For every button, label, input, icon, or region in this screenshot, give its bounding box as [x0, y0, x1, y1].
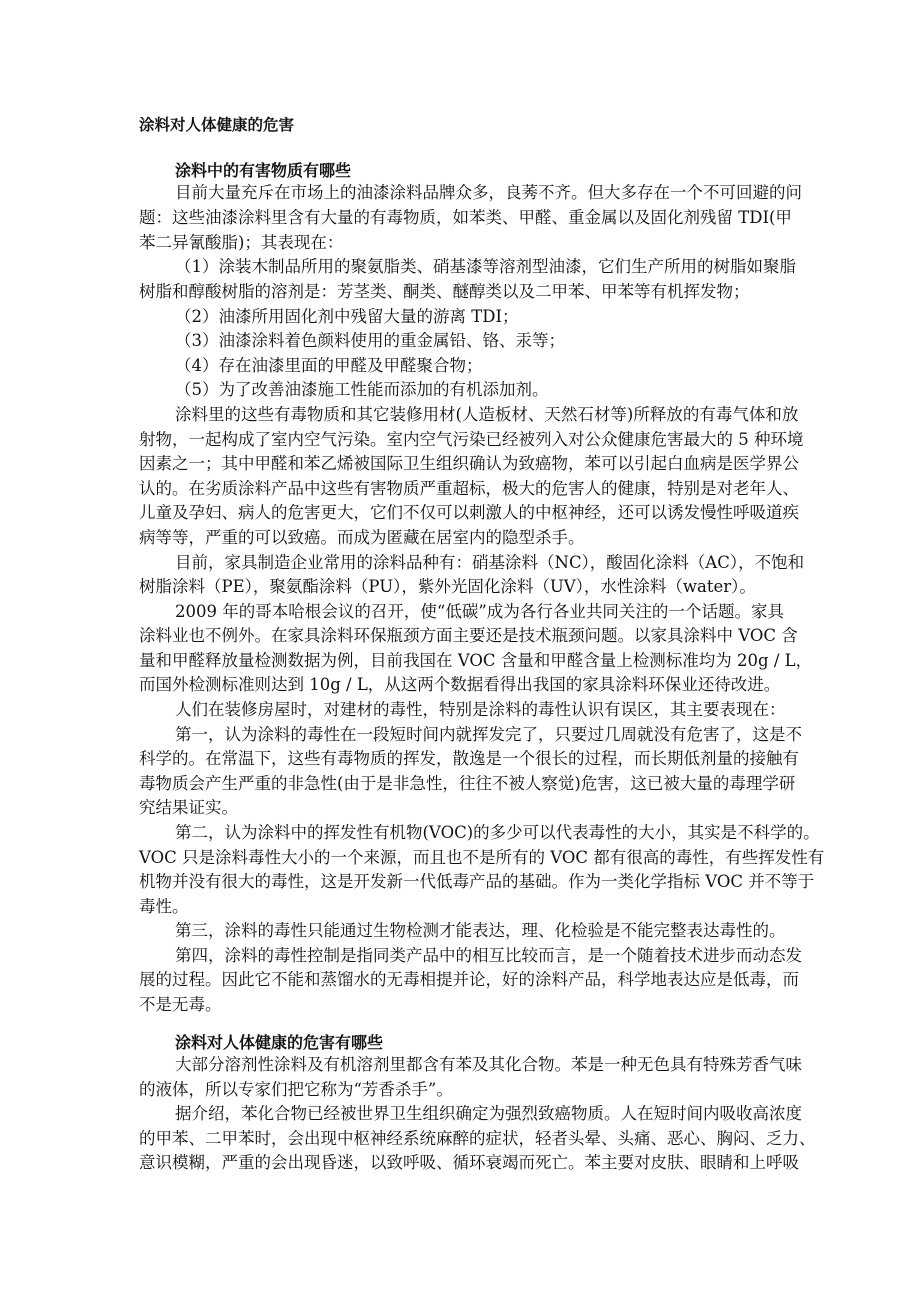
- paragraph-line: VOC 只是涂料毒性大小的一个来源，而且也不是所有的 VOC 都有很高的毒性，有…: [139, 846, 784, 870]
- paragraph-line: 2009 年的哥本哈根会议的召开，使“低碳”成为各行各业共同关注的一个话题。家具: [175, 600, 784, 624]
- paragraph-line: 题：这些油漆涂料里含有大量的有毒物质，如苯类、甲醛、重金属以及固化剂残留 TDI…: [139, 206, 784, 230]
- paragraph-line: 射物，一起构成了室内空气污染。室内空气污染已经被列入对公众健康危害最大的 5 种…: [139, 428, 784, 452]
- paragraph-line: 据介绍，苯化合物已经被世界卫生组织确定为强烈致癌物质。人在短时间内吸收高浓度: [175, 1102, 784, 1126]
- paragraph-line: 究结果证实。: [139, 796, 784, 820]
- paragraph-line: 涂料里的这些有毒物质和其它装修用材(人造板材、天然石材等)所释放的有毒气体和放: [175, 403, 784, 427]
- paragraph-line: 认的。在劣质涂料产品中这些有害物质严重超标，极大的危害人的健康，特别是对老年人、: [139, 477, 784, 501]
- paragraph-line: 目前，家具制造企业常用的涂料品种有：硝基涂料（NC），酸固化涂料（AC），不饱和: [175, 551, 784, 575]
- paragraph-line: 儿童及孕妇、病人的危害更大，它们不仅可以刺激人的中枢神经，还可以诱发慢性呼吸道疾: [139, 501, 784, 525]
- paragraph-line: 第三，涂料的毒性只能通过生物检测才能表达，理、化检验是不能完整表达毒性的。: [175, 919, 784, 943]
- paragraph-line: 的甲苯、二甲苯时，会出现中枢神经系统麻醉的症状，轻者头晕、头痛、恶心、胸闷、乏力…: [139, 1127, 784, 1151]
- paragraph-line: 苯二异氰酸脂)；其表现在：: [139, 231, 784, 255]
- paragraph-line: 大部分溶剂性涂料及有机溶剂里都含有苯及其化合物。苯是一种无色具有特殊芳香气味: [175, 1053, 784, 1077]
- list-item-line: （1）涂装木制品所用的聚氨脂类、硝基漆等溶剂型油漆，它们生产所用的树脂如聚脂: [175, 255, 784, 279]
- paragraph-line: 第一，认为涂料的毒性在一段短时间内就挥发完了，只要过几周就没有危害了，这是不: [175, 723, 784, 747]
- list-item-line: 树脂和醇酸树脂的溶剂是：芳茎类、酮类、醚醇类以及二甲苯、甲苯等有机挥发物；: [139, 280, 784, 304]
- paragraph-line: 而国外检测标准则达到 10g / L，从这两个数据看得出我国的家具涂料环保业还待…: [139, 673, 784, 697]
- paragraph-line: 科学的。在常温下，这些有毒物质的挥发，散逸是一个很长的过程，而长期低剂量的接触有: [139, 747, 784, 771]
- document-title: 涂料对人体健康的危害: [139, 114, 294, 136]
- paragraph-line: 不是无毒。: [139, 993, 784, 1017]
- paragraph-line: 第四，涂料的毒性控制是指同类产品中的相互比较而言，是一个随着技术进步而动态发: [175, 944, 784, 968]
- list-item-line: （3）油漆涂料着色颜料使用的重金属铅、铬、汞等；: [175, 329, 784, 353]
- document-page: 涂料对人体健康的危害 涂料中的有害物质有哪些 目前大量充斥在市场上的油漆涂料品牌…: [0, 0, 920, 1302]
- paragraph-line: 意识模糊，严重的会出现昏迷，以致呼吸、循环衰竭而死亡。苯主要对皮肤、眼睛和上呼吸: [139, 1151, 784, 1175]
- list-item-line: （4）存在油漆里面的甲醛及甲醛聚合物；: [175, 354, 784, 378]
- paragraph-line: 第二，认为涂料中的挥发性有机物(VOC)的多少可以代表毒性的大小，其实是不科学的…: [175, 821, 784, 845]
- paragraph-line: 毒物质会产生严重的非急性(由于是非急性，往往不被人察觉)危害，这已被大量的毒理学…: [139, 772, 784, 796]
- paragraph-line: 因素之一；其中甲醛和苯乙烯被国际卫生组织确认为致癌物，苯可以引起白血病是医学界公: [139, 452, 784, 476]
- paragraph-line: 涂料业也不例外。在家具涂料环保瓶颈方面主要还是技术瓶颈问题。以家具涂料中 VOC…: [139, 624, 784, 648]
- list-item-line: （5）为了改善油漆施工性能而添加的有机添加剂。: [175, 378, 784, 402]
- paragraph-line: 病等等，严重的可以致癌。而成为匿藏在居室内的隐型杀手。: [139, 526, 784, 550]
- section-heading-harmful-substances: 涂料中的有害物质有哪些: [175, 160, 351, 182]
- paragraph-line: 毒性。: [139, 895, 784, 919]
- list-item-line: （2）油漆所用固化剂中残留大量的游离 TDI；: [175, 305, 784, 329]
- paragraph-line: 的液体，所以专家们把它称为“芳香杀手”。: [139, 1078, 784, 1102]
- paragraph-line: 人们在装修房屋时，对建材的毒性，特别是涂料的毒性认识有误区，其主要表现在：: [175, 698, 784, 722]
- paragraph-line: 展的过程。因此它不能和蒸馏水的无毒相提并论，好的涂料产品，科学地表达应是低毒，而: [139, 968, 784, 992]
- paragraph-line: 树脂涂料（PE），聚氨酯涂料（PU），紫外光固化涂料（UV），水性涂料（wate…: [139, 575, 784, 599]
- paragraph-line: 量和甲醛释放量检测数据为例，目前我国在 VOC 含量和甲醛含量上检测标准均为 2…: [139, 649, 784, 673]
- section-heading-health-hazards: 涂料对人体健康的危害有哪些: [175, 1032, 383, 1054]
- paragraph-line: 目前大量充斥在市场上的油漆涂料品牌众多，良莠不齐。但大多存在一个不可回避的问: [175, 181, 784, 205]
- paragraph-line: 机物并没有很大的毒性，这是开发新一代低毒产品的基础。作为一类化学指标 VOC 并…: [139, 870, 784, 894]
